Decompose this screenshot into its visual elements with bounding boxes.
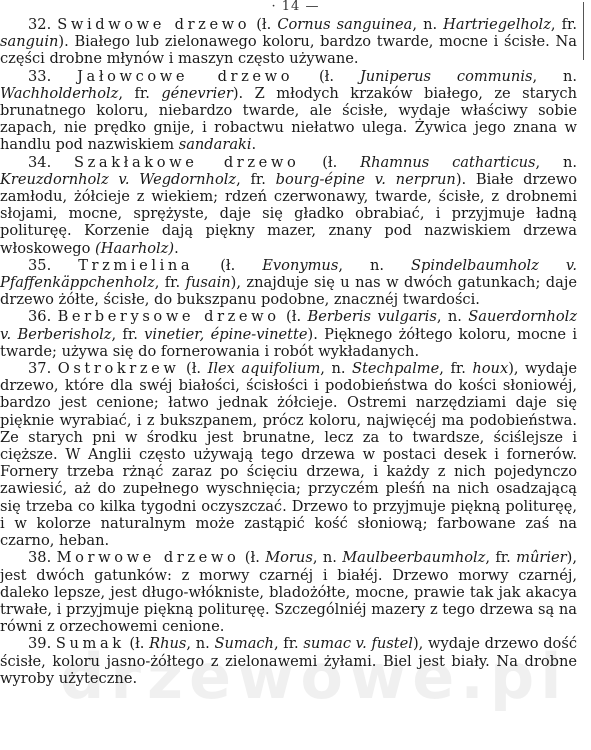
- text: , n.: [412, 16, 443, 33]
- text: , fr.: [236, 171, 276, 188]
- entry-number: 39.: [28, 635, 51, 652]
- text: (ł.: [256, 16, 277, 33]
- description: ). Białego lub zielonawego koloru, bardz…: [0, 33, 577, 67]
- text: , n.: [313, 549, 342, 566]
- text: .: [252, 136, 257, 153]
- text: , fr.: [485, 549, 516, 566]
- entry-title: Jałowcowe drzewo: [77, 68, 293, 85]
- text: (ł.: [129, 635, 149, 652]
- german-name: Hartriegelholz: [443, 16, 551, 33]
- french-name: génevrier: [161, 85, 233, 102]
- latin-name: Berberis vulgaris: [308, 308, 437, 325]
- entry-38: 38. Morwowe drzewo (ł. Morus, n. Maulbee…: [0, 549, 577, 635]
- text: (ł.: [220, 257, 262, 274]
- text: , fr.: [274, 635, 303, 652]
- german-name: Kreuzdornholz v. Wegdornholz: [0, 171, 236, 188]
- text: , n.: [186, 635, 214, 652]
- document-body: 32. Swidwowe drzewo (ł. Cornus sanguinea…: [0, 16, 577, 687]
- text: , n.: [533, 68, 578, 85]
- entry-title: Ostrokrzew: [58, 360, 180, 377]
- french-name: vinetier, épine-vinette: [144, 326, 307, 343]
- text: , fr.: [118, 85, 161, 102]
- entry-33: 33. Jałowcowe drzewo (ł. Juniperus commu…: [0, 68, 577, 154]
- latin-name: Cornus sanguinea: [277, 16, 412, 33]
- text: , fr.: [439, 360, 472, 377]
- entry-number: 35.: [28, 257, 51, 274]
- entry-37: 37. Ostrokrzew (ł. Ilex aquifolium, n. S…: [0, 360, 577, 549]
- text: , n.: [536, 154, 578, 171]
- french-name: bourg-épine v. nerprun: [276, 171, 456, 188]
- text: , n.: [338, 257, 411, 274]
- italic-term: sandaraki: [179, 136, 252, 153]
- text: .: [174, 240, 179, 257]
- text: , n.: [320, 360, 352, 377]
- entry-title: Morwowe drzewo: [57, 549, 240, 566]
- entry-32: 32. Swidwowe drzewo (ł. Cornus sanguinea…: [0, 16, 577, 68]
- text: (ł.: [186, 360, 208, 377]
- french-name: houx: [472, 360, 508, 377]
- page-number: · 14 —: [0, 0, 591, 14]
- entry-title: Szakłakowe drzewo: [74, 154, 299, 171]
- latin-name: Ilex aquifolium: [208, 360, 321, 377]
- italic-term: (Haarholz): [95, 240, 174, 257]
- latin-name: Rhus: [149, 635, 186, 652]
- french-name: sumac v. fustel: [303, 635, 413, 652]
- margin-rule: [583, 2, 584, 60]
- text: (ł.: [286, 308, 307, 325]
- latin-name: Evonymus: [262, 257, 338, 274]
- text: (ł.: [319, 68, 360, 85]
- entry-title: Sumak: [56, 635, 125, 652]
- entry-title: Trzmielina: [78, 257, 193, 274]
- entry-36: 36. Berberysowe drzewo (ł. Berberis vulg…: [0, 308, 577, 360]
- german-name: Stechpalme: [352, 360, 439, 377]
- latin-name: Morus: [265, 549, 313, 566]
- entry-number: 32.: [28, 16, 51, 33]
- text: , fr.: [551, 16, 577, 33]
- german-name: Wachholderholz: [0, 85, 118, 102]
- german-name: Sumach: [214, 635, 274, 652]
- entry-title: Berberysowe drzewo: [58, 308, 280, 325]
- french-name: mûrier: [516, 549, 567, 566]
- german-name: Maulbeerbaumholz: [342, 549, 485, 566]
- text: , fr.: [111, 326, 144, 343]
- entry-title: Swidwowe drzewo: [57, 16, 250, 33]
- entry-number: 33.: [28, 68, 51, 85]
- entry-39: 39. Sumak (ł. Rhus, n. Sumach, fr. sumac…: [0, 635, 577, 687]
- entry-34: 34. Szakłakowe drzewo (ł. Rhamnus cathar…: [0, 154, 577, 257]
- description: ), wydaje drzewo, które dla swéj białośc…: [0, 360, 577, 549]
- entry-35: 35. Trzmielina (ł. Evonymus, n. Spindelb…: [0, 257, 577, 309]
- entry-number: 34.: [28, 154, 51, 171]
- latin-name: Juniperus communis: [360, 68, 533, 85]
- text: , n.: [437, 308, 468, 325]
- text: , fr.: [155, 274, 186, 291]
- french-name: sanguin: [0, 33, 58, 50]
- entry-number: 36.: [28, 308, 51, 325]
- latin-name: Rhamnus catharticus: [360, 154, 535, 171]
- entry-number: 38.: [28, 549, 51, 566]
- text: (ł.: [322, 154, 360, 171]
- entry-number: 37.: [28, 360, 51, 377]
- french-name: fusain: [186, 274, 231, 291]
- text: (ł.: [245, 549, 265, 566]
